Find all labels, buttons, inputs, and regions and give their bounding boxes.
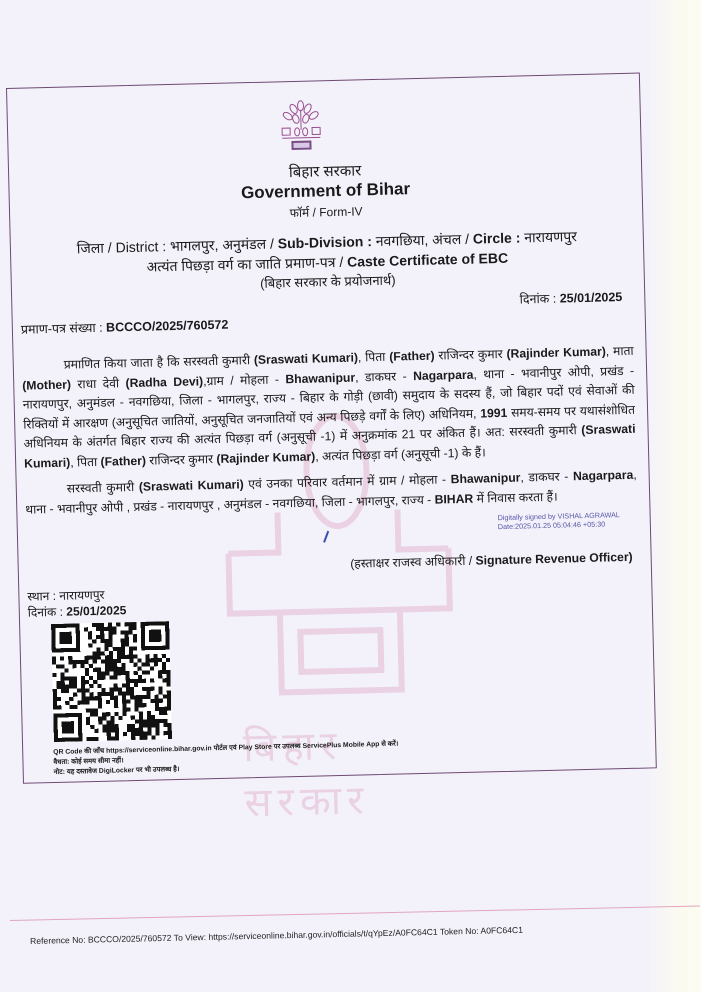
text-run: , अत्यंत पिछड़ा वर्ग (अनुसूची -1) के हैं… — [315, 445, 486, 463]
text-run: सरस्वती कुमारी — [67, 480, 139, 496]
digilocker-prefix: नोट: यह दस्तावेज — [54, 768, 97, 776]
pen-mark-icon — [323, 531, 332, 544]
certificate-frame: बिहार सरकार Government of Bihar फॉर्म / … — [6, 73, 657, 784]
text-run: Bhawanipur — [451, 471, 521, 487]
place-value: नारायणपुर — [59, 588, 104, 603]
digital-signature-date: Date:2025.01.25 05:04:46 +05:30 — [498, 519, 620, 531]
qr-note-mid: पोर्टल एवं — [213, 745, 236, 753]
date-row: दिनांक : 25/01/2025 — [28, 602, 127, 620]
text-run: (Mother) — [22, 377, 71, 392]
circle-label: Circle : — [473, 229, 521, 246]
text-run: राजिन्दर कुमार — [434, 347, 506, 363]
text-run: राधा देवी — [71, 376, 126, 391]
text-run: , डाकघर - — [520, 469, 573, 484]
certificate-number: प्रमाण-पत्र संख्या : BCCCO/2025/760572 — [21, 316, 229, 338]
verification-qr-code[interactable] — [48, 621, 175, 742]
issue-date-value: 25/01/2025 — [560, 290, 623, 306]
certificate-notes: QR Code की जाँच https://serviceonline.bi… — [53, 740, 399, 778]
certificate-number-value: BCCCO/2025/760572 — [106, 318, 229, 335]
text-run: Nagarpara — [413, 367, 474, 382]
play-store-text: Play Store — [238, 744, 271, 752]
certificate-number-label: प्रमाण-पत्र संख्या : — [21, 321, 103, 337]
text-run: , पिता — [70, 454, 101, 469]
text-run: एवं उनका परिवार वर्तमान में ग्राम / मोहल… — [244, 472, 451, 491]
text-run: , माता — [606, 344, 634, 359]
reference-footer: Reference No: BCCCO/2025/760572 To View:… — [30, 925, 523, 946]
text-run: (Sraswati Kumari) — [139, 477, 244, 494]
qr-note-mid2: पर उपलब्ध — [274, 743, 301, 751]
text-run: , पिता — [358, 350, 390, 365]
issue-date-label: दिनांक : — [519, 292, 556, 307]
circle-value: नारायणपुर — [524, 228, 577, 245]
text-run: , डाकघर - — [355, 369, 413, 384]
text-run: (Father) — [100, 453, 146, 468]
scan-page-edge — [649, 0, 701, 992]
place-and-date: स्थान : नारायणपुर दिनांक : 25/01/2025 — [27, 586, 126, 620]
serviceplus-app-text: ServicePlus Mobile App — [303, 741, 380, 750]
digital-signature: Digitally signed by VISHAL AGRAWAL Date:… — [498, 510, 621, 531]
issue-date: दिनांक : 25/01/2025 — [519, 288, 622, 308]
digilocker-suffix: पर भी उपलब्ध है। — [136, 766, 180, 774]
text-run: 1991 — [480, 405, 507, 420]
signature-label-hindi: (हस्ताक्षर राजस्व अधिकारी / — [350, 554, 472, 571]
certificate-title-hindi: अत्यंत पिछड़ा वर्ग का जाति प्रमाण-पत्र / — [146, 254, 343, 275]
text-run: (Father) — [389, 349, 435, 364]
bihar-emblem-icon — [275, 97, 326, 156]
text-run: (Rajinder Kumar) — [216, 449, 315, 465]
circle-label-hi: अंचल / — [432, 231, 469, 248]
date-label: दिनांक : — [28, 605, 63, 620]
digilocker-text: DigiLocker — [99, 767, 134, 775]
qr-note-suffix: से करें। — [381, 741, 398, 748]
text-run: BIHAR — [434, 491, 473, 506]
qr-note-prefix: QR Code की जाँच — [53, 748, 104, 756]
footer-divider — [10, 906, 700, 921]
subdivision-value: नवगछिया, — [376, 232, 429, 249]
subdivision-label-hi: अनुमंडल / — [222, 236, 274, 253]
place-label: स्थान : — [27, 589, 56, 604]
certificate-title-english: Caste Certificate of EBC — [347, 250, 508, 270]
text-run: Nagarpara — [573, 468, 634, 483]
subdivision-label: Sub-Division : — [278, 233, 372, 251]
text-run: में निवास करता हैं। — [473, 489, 558, 505]
text-run: प्रमाणित किया जाता है कि सरस्वती कुमारी — [64, 353, 254, 372]
district-value: भागलपुर, — [170, 237, 219, 254]
text-run: Bhawanipur — [285, 370, 355, 386]
date-value: 25/01/2025 — [66, 603, 126, 618]
text-run: (Radha Devi) — [125, 374, 203, 390]
signature-label-english: Signature Revenue Officer) — [475, 550, 632, 568]
text-run: राजिन्दर कुमार — [146, 451, 217, 467]
text-run: ,ग्राम / मोहला - — [203, 372, 286, 388]
text-run: (Sraswati Kumari) — [254, 350, 358, 367]
certificate-paragraph-1: प्रमाणित किया जाता है कि सरस्वती कुमारी … — [22, 342, 637, 474]
signature-line: (हस्ताक्षर राजस्व अधिकारी / Signature Re… — [350, 548, 633, 572]
qr-verify-link[interactable]: https://serviceonline.bihar.gov.in — [106, 745, 212, 755]
text-run: (Rajinder Kumar) — [506, 344, 606, 360]
district-label: जिला / District : — [77, 238, 167, 256]
